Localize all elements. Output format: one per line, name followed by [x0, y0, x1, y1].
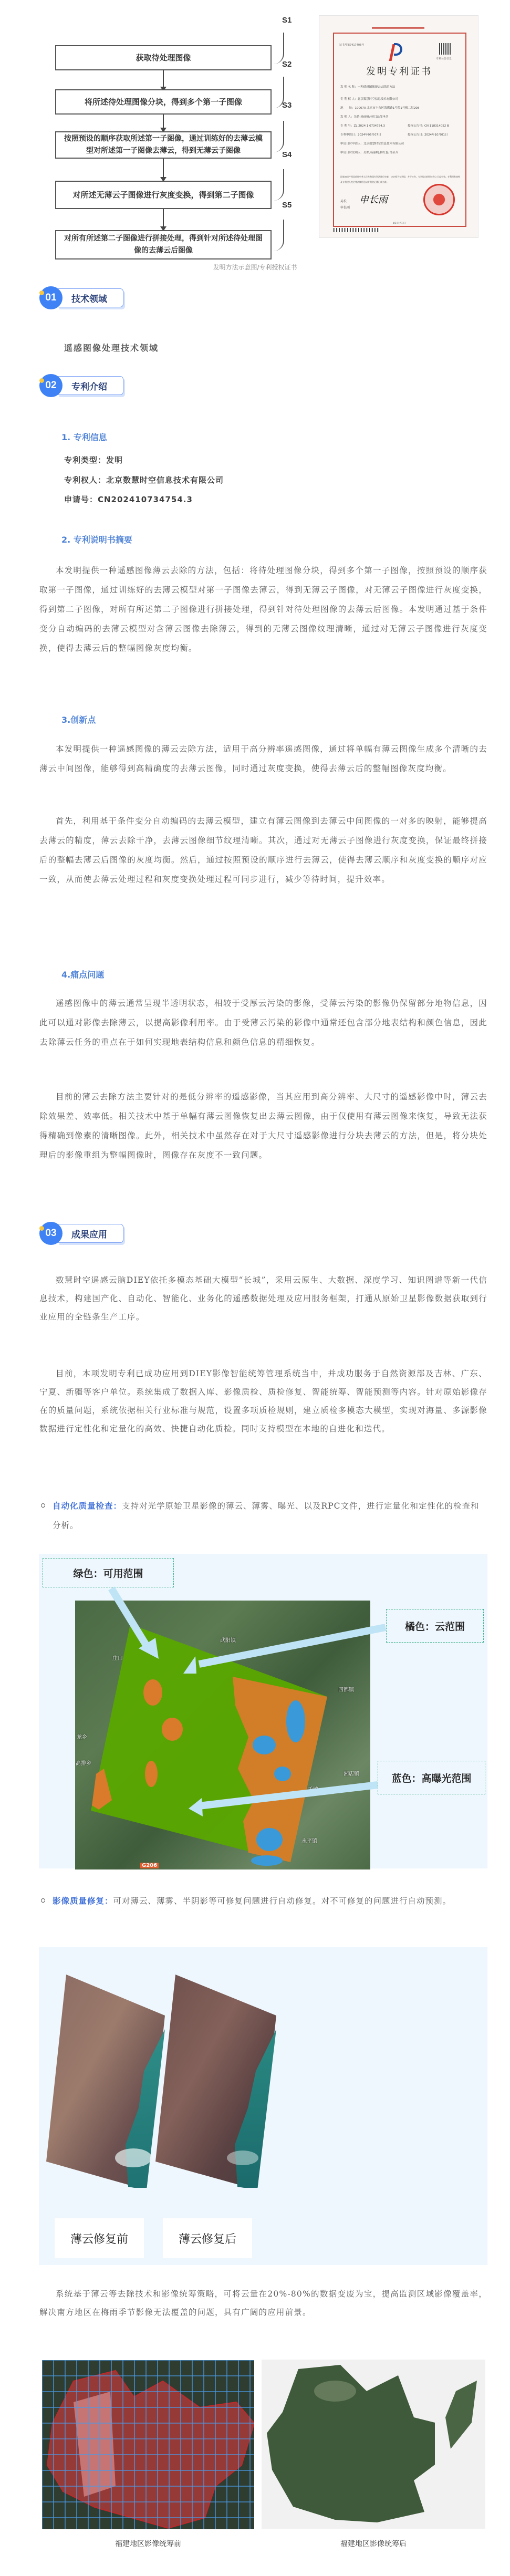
- bullet-item: 自动化质量检查：支持对光学原始卫星影像的薄云、薄雾、曝光、以及RPC文件，进行定…: [41, 1496, 487, 1535]
- dot-icon: [39, 378, 44, 383]
- certificate-title: 发明专利证书: [319, 64, 479, 78]
- closing-paragraph: 系统基于薄云等去除技术和影像统筹策略，可将云量在20%-80%的数据变废为宝，提…: [39, 2285, 487, 2322]
- section-number: 03: [39, 1222, 63, 1245]
- article-page: 获取待处理图像 S1 将所述待处理图像分块，得到多个第一子图像 S2 按照预设的…: [0, 0, 510, 2576]
- after-image: [153, 1971, 279, 2188]
- section-title: 技术领域: [71, 292, 107, 305]
- section-number: 02: [39, 374, 63, 397]
- subsection-heading: 2. 专利说明书摘要: [61, 533, 132, 545]
- arrow-icon: [163, 115, 164, 131]
- arrow-icon: [163, 159, 164, 181]
- flow-step-text: 对所述无薄云子图像进行灰度变换，得到第二子图像: [72, 188, 254, 202]
- patent-owner: 专利权人：北京数慧时空信息技术有限公司: [64, 474, 224, 485]
- cert-row: 专利申请日：2024年06月07日授权公告日：2024年10月01日: [340, 131, 461, 140]
- qr-caption: 专利公告信息: [436, 57, 452, 60]
- subsection-heading: 3.创新点: [61, 713, 96, 725]
- step-connector: [272, 121, 284, 152]
- cert-row: 专 利 号：ZL 2024 1 0734754.3授权公告号：CN 118314…: [340, 122, 461, 131]
- cert-number: 证书号第7417406号: [339, 43, 364, 47]
- dot-icon: [39, 1226, 44, 1231]
- qr-code-icon: [439, 43, 451, 55]
- section-title: 专利介绍: [71, 379, 107, 392]
- bullet-icon: [41, 1503, 45, 1508]
- flow-step-box: 将所述待处理图像分块，得到多个第一子图像: [55, 89, 272, 115]
- flow-step-box: 对所有所述第二子图像进行拼接处理，得到针对所述待处理图像的去薄云后图像: [55, 230, 272, 259]
- ornament-icon: [372, 27, 424, 35]
- certificate-note: 国家知识产权局依照中华人民共和国专利法进行审查，决定授予专利权，并予公告。专利权…: [340, 174, 461, 185]
- arrow-icon: [163, 70, 164, 90]
- callout-arrows: [39, 1554, 487, 1868]
- step-label: S2: [282, 60, 292, 69]
- step-label: S3: [282, 101, 292, 110]
- step-label: S5: [282, 201, 292, 210]
- after-label-text: 薄云修复后: [179, 2230, 236, 2247]
- signer-title: 局长: [340, 199, 347, 203]
- application-paragraph: 目前，本项发明专利已成功应用到DIEY影像智能统筹管理系统当中，并成功服务于自然…: [39, 1365, 487, 1438]
- bullet-key: 影像质量修复：: [53, 1896, 113, 1906]
- cert-row: 发 明 名 称：一种遥感图像薄云去除的方法: [340, 83, 461, 92]
- cert-row: 申请日时申请人：北京数慧时空信息技术有限公司: [340, 140, 461, 149]
- step-label: S1: [282, 16, 292, 25]
- innovation-paragraph: 首先，利用基于条件变分自动编码的去薄云模型，建立有薄云图像到去薄云中间图像的一对…: [39, 812, 487, 889]
- before-label-text: 薄云修复前: [70, 2230, 128, 2247]
- section-header-01: 01 技术领域: [39, 286, 126, 308]
- before-image: [44, 1971, 165, 2188]
- abstract-paragraph: 本发明提供一种遥感图像薄云去除的方法，包括：将待处理图像分块，得到多个第一子图像…: [39, 561, 487, 658]
- subsection-heading: 4.痛点问题: [61, 968, 104, 980]
- bullet-item: 影像质量修复：可对薄云、薄雾、半阴影等可修复问题进行自动修复。对不可修复的问题进…: [41, 1891, 487, 1911]
- step-connector: [272, 220, 284, 251]
- fujian-before-caption: 福建地区影像统筹前: [42, 2538, 254, 2549]
- barcode-icon: [333, 228, 380, 232]
- flow-step-text: 将所述待处理图像分块，得到多个第一子图像: [85, 95, 242, 109]
- flow-step-box: 获取待处理图像: [55, 45, 272, 70]
- before-label: 薄云修复前: [55, 2218, 144, 2258]
- flow-step-text: 对所有所述第二子图像进行拼接处理，得到针对所述待处理图像的去薄云后图像: [63, 233, 264, 257]
- official-seal-icon: [423, 184, 455, 215]
- dot-icon: [39, 290, 44, 295]
- section-title-pill: 专利介绍: [58, 376, 123, 395]
- bullet-icon: [41, 1898, 45, 1903]
- application-paragraph: 数慧时空遥感云脑DIEY依托多模态基础大模型“长城”，采用云原生、大数据、深度学…: [39, 1271, 487, 1326]
- quality-check-figure: 武阳镇 庄口 四都镇 湘店镇 永平镇 高排乡 龙乡 禾镇 G206 绿色：可用范…: [39, 1554, 487, 1868]
- section-title-pill: 成果应用: [58, 1224, 123, 1243]
- cert-row: 专 利 权 人：北京数慧时空信息技术有限公司: [340, 95, 461, 104]
- subsection-heading: 1. 专利信息: [61, 431, 107, 443]
- cert-row: 地 址：100070 北京市丰台区海鹰路1号院1号楼二层208: [340, 104, 461, 113]
- bullet-text: 可对薄云、薄雾、半阴影等可修复问题进行自动修复。对不可修复的问题进行自动预测。: [113, 1896, 452, 1906]
- pain-point-paragraph: 目前的薄云去除方法主要针对的是低分辨率的遥感影像，当其应用到高分辨率、大尺寸的遥…: [39, 1087, 487, 1165]
- after-label: 薄云修复后: [163, 2218, 252, 2258]
- section-header-02: 02 专利介绍: [39, 374, 126, 396]
- section-title: 成果应用: [71, 1227, 107, 1240]
- tech-field-text: 遥感图像处理技术领域: [64, 341, 159, 354]
- step-connector: [272, 169, 284, 201]
- certificate-page: 第1页(共1页): [319, 222, 479, 225]
- cert-row: 发 明 人：吴皓;杨丽帆;林红磊;邹圣兵: [340, 113, 461, 122]
- innovation-paragraph: 本发明提供一种遥感图像的薄云去除方法，适用于高分辨率遥感图像，通过将单幅有薄云图…: [39, 740, 487, 778]
- application-number: 申请号：CN202410734754.3: [64, 494, 193, 505]
- arrow-icon: [163, 209, 164, 230]
- repair-comparison-figure: 薄云修复前 薄云修复后: [39, 1947, 487, 2265]
- signer-name: 申长雨: [340, 205, 350, 210]
- figure-caption: 发明方法示意图/专利授权证书: [0, 263, 510, 272]
- flow-step-text: 获取待处理图像: [136, 51, 191, 65]
- flow-step-box: 对所述无薄云子图像进行灰度变换，得到第二子图像: [55, 181, 272, 209]
- flow-step-box: 按照预设的顺序获取所述第一子图像，通过训练好的去薄云模型对所述第一子图像去薄云，…: [55, 131, 272, 159]
- signature: 申长雨: [359, 192, 388, 206]
- section-title-pill: 技术领域: [58, 288, 123, 307]
- patent-type: 专利类型：发明: [64, 454, 123, 465]
- fujian-before-image: [42, 2360, 254, 2529]
- step-label: S4: [282, 150, 292, 159]
- flow-step-text: 按照预设的顺序获取所述第一子图像，通过训练好的去薄云模型对所述第一子图像去薄云，…: [63, 133, 264, 157]
- top-figure: 获取待处理图像 S1 将所述待处理图像分块，得到多个第一子图像 S2 按照预设的…: [0, 0, 510, 247]
- section-header-03: 03 成果应用: [39, 1222, 126, 1244]
- fujian-after-image: [262, 2360, 485, 2529]
- fujian-after-caption: 福建地区影像统筹后: [262, 2538, 485, 2549]
- section-number: 01: [39, 286, 63, 309]
- step-connector: [272, 33, 284, 64]
- patent-certificate: 证书号第7417406号 专利公告信息 发明专利证书 发 明 名 称：一种遥感图…: [319, 15, 478, 238]
- cert-row: 申请日时发明人：吴皓;杨丽帆;林红磊;邹圣兵: [340, 149, 461, 158]
- pain-point-paragraph: 遥感图像中的薄云通常呈现半透明状态，相较于受厚云污染的影像，受薄云污染的影像仍保…: [39, 994, 487, 1052]
- cnipa-logo-icon: [387, 42, 402, 63]
- certificate-fields: 发 明 名 称：一种遥感图像薄云去除的方法 专 利 权 人：北京数慧时空信息技术…: [340, 83, 461, 158]
- bullet-key: 自动化质量检查：: [53, 1501, 122, 1511]
